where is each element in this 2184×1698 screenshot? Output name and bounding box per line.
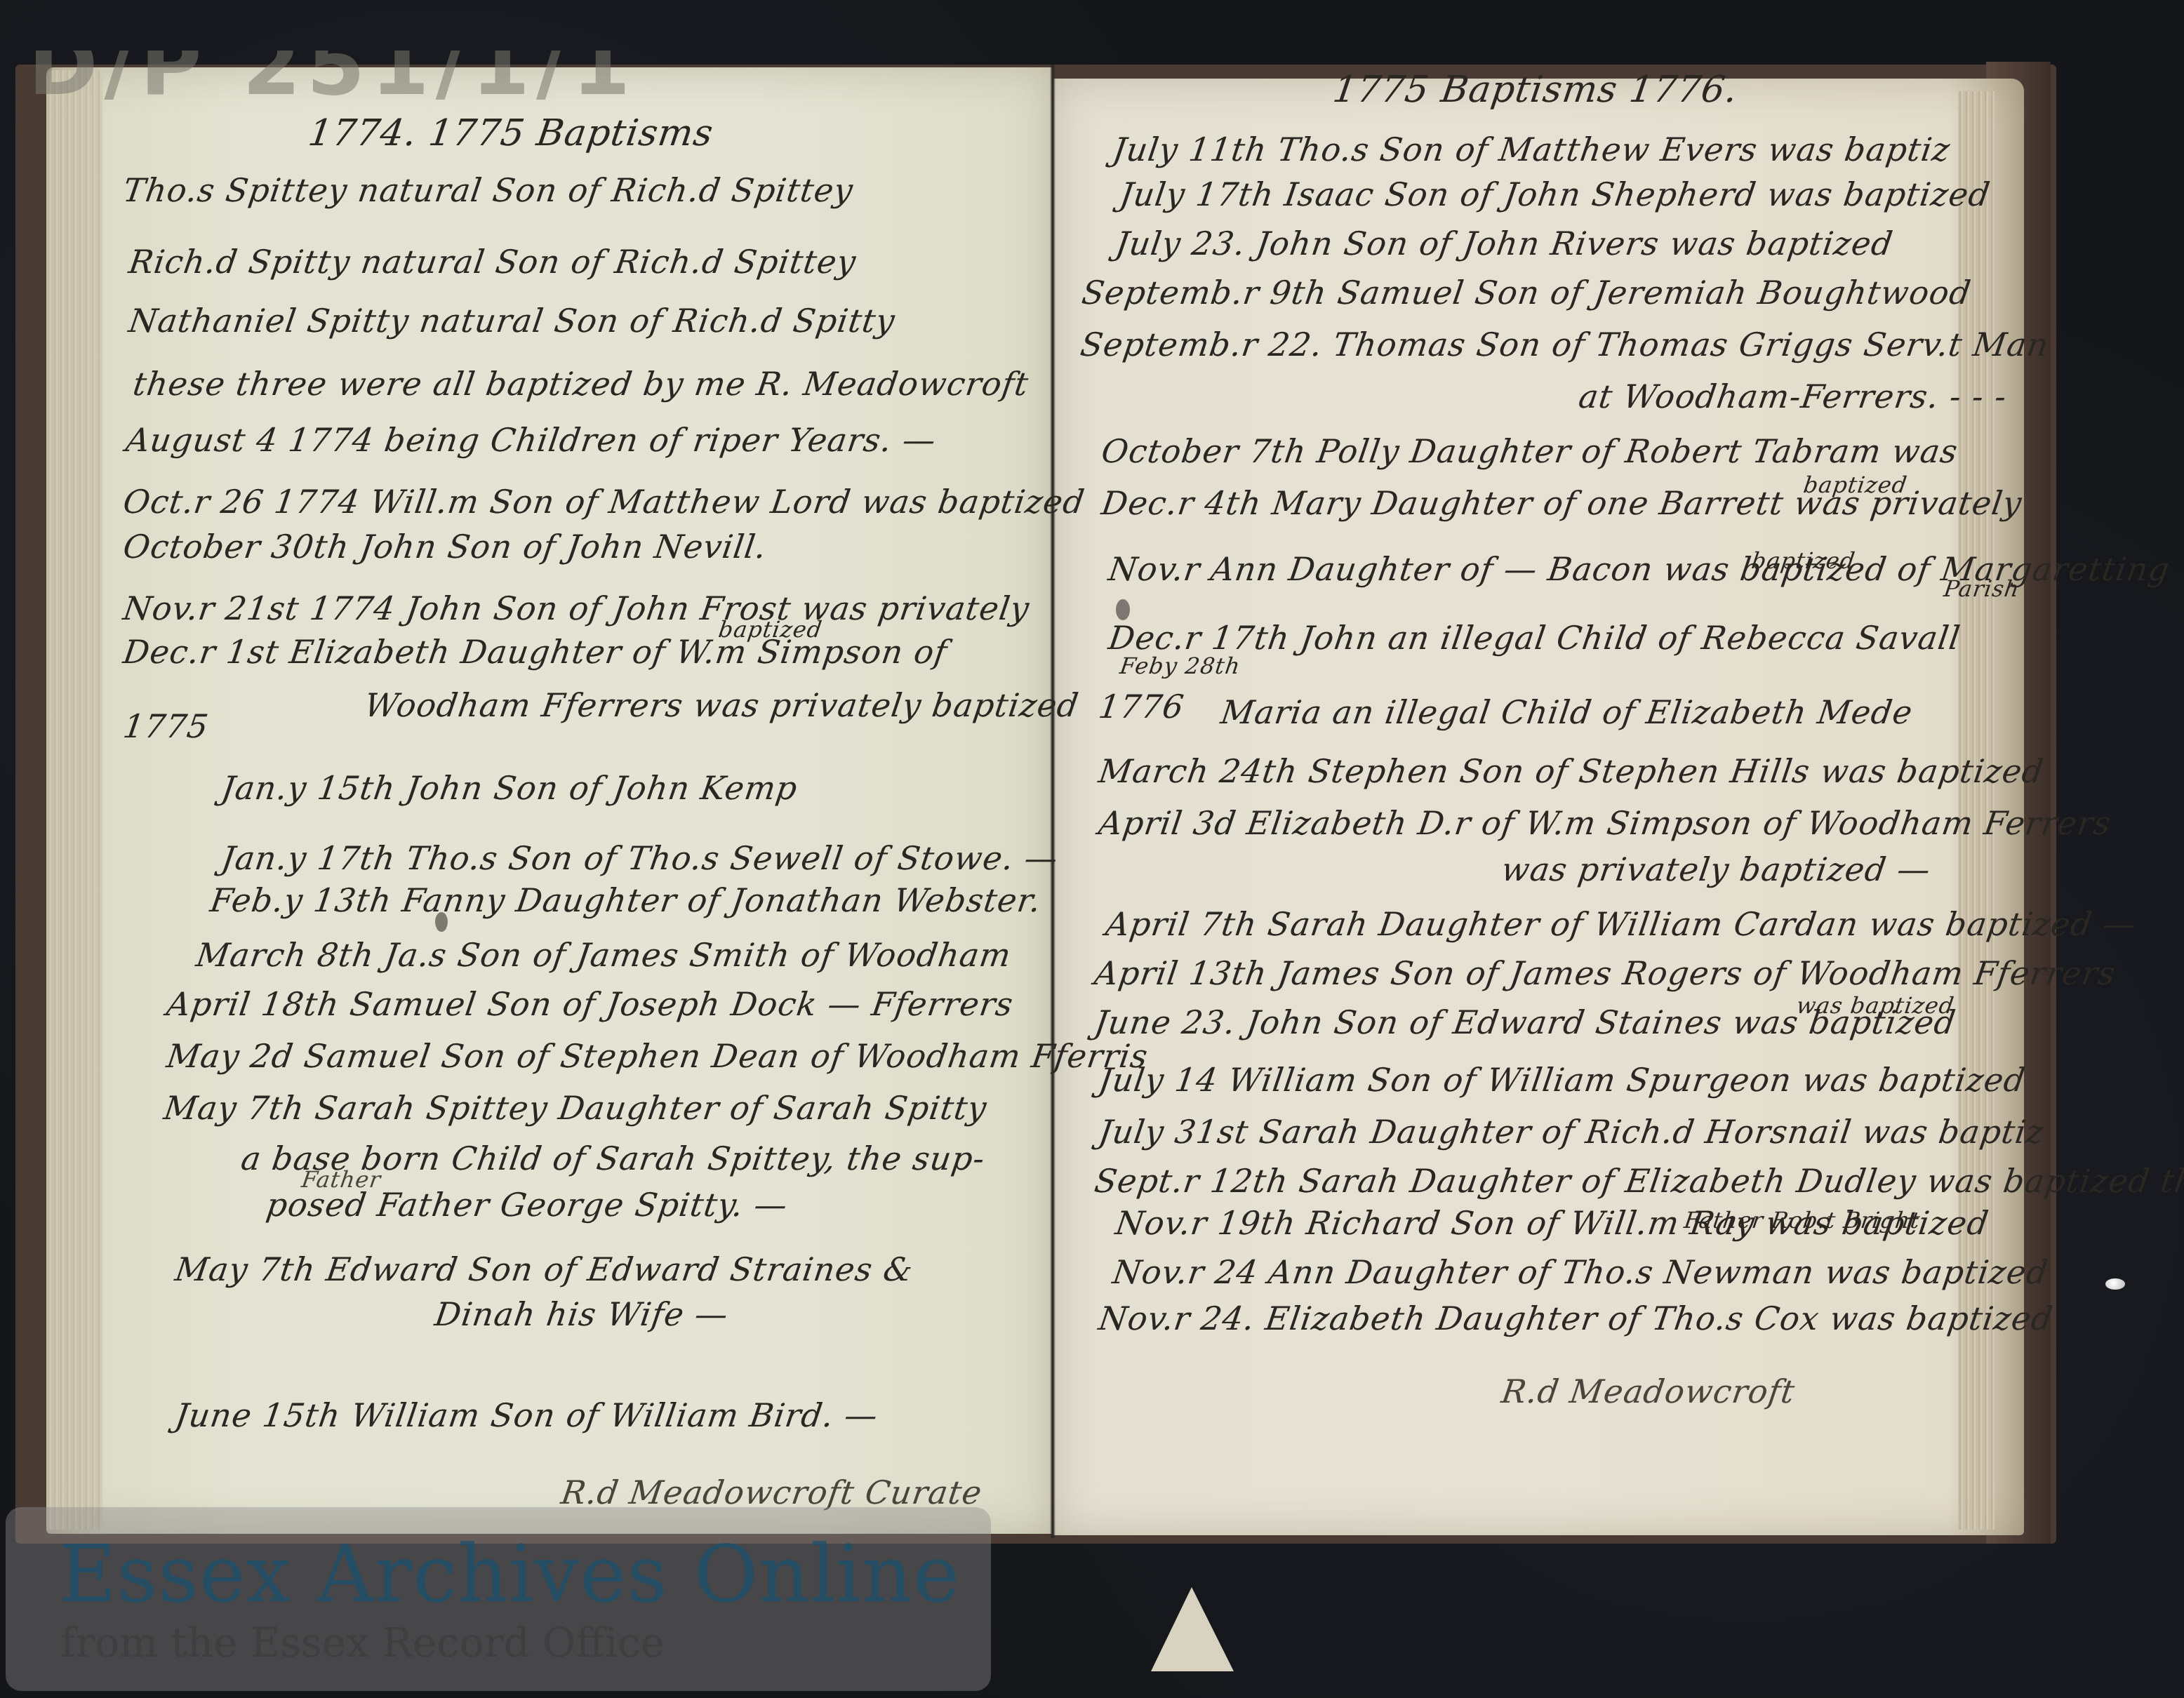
entry: Tho.s Spittey natural Son of Rich.d Spit…	[121, 171, 855, 209]
entry: Rich.d Spitty natural Son of Rich.d Spit…	[126, 243, 858, 281]
entry: April 13th James Son of James Rogers of …	[1092, 954, 2118, 992]
entry: Dec.r 1st Elizabeth Daughter of W.m Simp…	[121, 633, 950, 671]
entry: July 31st Sarah Daughter of Rich.d Horsn…	[1096, 1113, 2046, 1151]
entry: July 23. John Son of John Rivers was bap…	[1113, 225, 1896, 262]
entry: July 11th Tho.s Son of Matthew Evers was…	[1110, 131, 1952, 168]
entry: Nov.r 24. Elizabeth Daughter of Tho.s Co…	[1096, 1299, 2056, 1337]
entry: at Woodham-Ferrers. - - -	[1576, 377, 2009, 415]
watermark-title: Essex Archives Online	[59, 1535, 961, 1614]
reference-watermark: D/P 251/1/1	[28, 51, 636, 100]
entry: March 24th Stephen Son of Stephen Hills …	[1096, 752, 2046, 790]
entry: March 8th Ja.s Son of James Smith of Woo…	[194, 936, 1013, 974]
entry: Nov.r 24 Ann Daughter of Tho.s Newman wa…	[1110, 1253, 2051, 1291]
margin-year: 1775	[121, 707, 211, 745]
entry: Oct.r 26 1774 Will.m Son of Matthew Lord…	[121, 483, 1087, 521]
left-fore-edge	[46, 70, 102, 1530]
entry: Dec.r 17th John an illegal Child of Rebe…	[1106, 619, 1963, 657]
entry: October 30th John Son of John Nevill.	[121, 528, 769, 566]
pin-head	[2105, 1278, 2125, 1290]
entry: Maria an illegal Child of Elizabeth Mede	[1218, 693, 1915, 731]
entry: May 7th Sarah Spittey Daughter of Sarah …	[161, 1089, 990, 1127]
entry: May 7th Edward Son of Edward Straines &	[173, 1250, 915, 1288]
ink-blot	[435, 912, 448, 932]
entry: October 7th Polly Daughter of Robert Tab…	[1099, 432, 1960, 470]
entry: these three were all baptized by me R. M…	[131, 365, 1031, 403]
left-signature: R.d Meadowcroft Curate	[559, 1473, 985, 1511]
entry: Jan.y 15th John Son of John Kemp	[219, 769, 800, 807]
entry: Woodham Fferrers was privately baptized	[362, 686, 1081, 724]
entry: Septemb.r 22. Thomas Son of Thomas Grigg…	[1078, 326, 2051, 363]
entry: July 17th Isaac Son of John Shepherd was…	[1117, 175, 1992, 213]
right-signature: R.d Meadowcroft	[1499, 1372, 1797, 1410]
entry: Sept.r 12th Sarah Daughter of Elizabeth …	[1092, 1162, 2184, 1200]
entry: Dinah his Wife —	[432, 1295, 731, 1333]
interlinear-note: Father	[300, 1166, 382, 1193]
entry: Nov.r 19th Richard Son of Will.m Ray was…	[1113, 1204, 1991, 1242]
entry: Septemb.r 9th Samuel Son of Jeremiah Bou…	[1079, 274, 1973, 312]
entry: Jan.y 17th Tho.s Son of Tho.s Sewell of …	[219, 839, 1060, 877]
entry: May 2d Samuel Son of Stephen Dean of Woo…	[164, 1037, 1150, 1075]
margin-year: 1776	[1096, 688, 1187, 726]
entry: Nathaniel Spitty natural Son of Rich.d S…	[126, 302, 898, 340]
entry: April 7th Sarah Daughter of William Card…	[1103, 905, 2138, 943]
entry: August 4 1774 being Children of riper Ye…	[124, 421, 938, 459]
interlinear-note: Feby 28th	[1118, 653, 1242, 679]
interlinear-note: baptized	[717, 616, 824, 643]
ink-blot	[1116, 599, 1130, 620]
entry: July 14 William Son of William Spurgeon …	[1096, 1061, 2028, 1099]
book-gutter	[1050, 65, 1056, 1538]
interlinear-note: Parish	[1942, 575, 2021, 602]
left-page-heading: 1774. 1775 Baptisms	[306, 112, 716, 154]
entry: June 15th William Son of William Bird. —	[173, 1396, 880, 1434]
torn-paper-scrap	[1151, 1587, 1234, 1671]
entry: April 18th Samuel Son of Joseph Dock — F…	[164, 985, 1016, 1023]
entry: Nov.r 21st 1774 John Son of John Frost w…	[121, 589, 1032, 627]
entry: Dec.r 4th Mary Daughter of one Barrett w…	[1099, 484, 2025, 522]
right-page-heading: 1775 Baptisms 1776.	[1331, 69, 1740, 111]
entry: April 3d Elizabeth D.r of W.m Simpson of…	[1096, 804, 2114, 842]
entry: was privately baptized —	[1499, 850, 1933, 888]
entry: Feb.y 13th Fanny Daughter of Jonathan We…	[208, 881, 1044, 919]
entry: June 23. John Son of Edward Staines was …	[1092, 1003, 1958, 1041]
watermark-subtitle: from the Essex Record Office	[60, 1622, 665, 1663]
